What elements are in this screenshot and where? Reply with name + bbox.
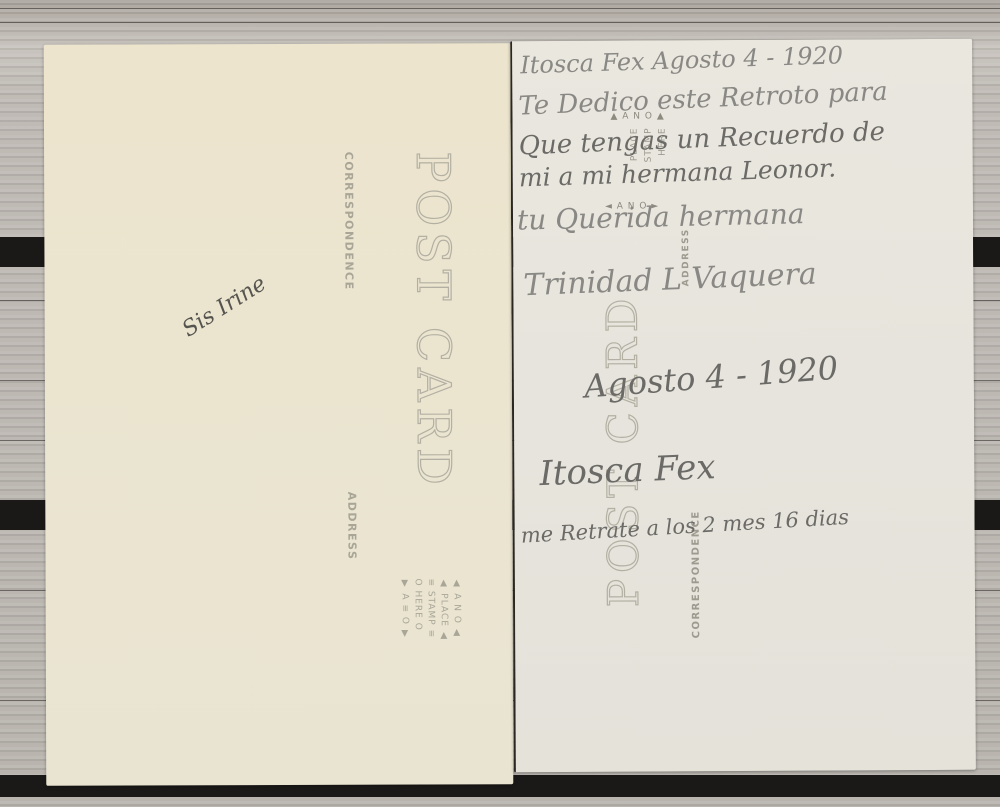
left-postcard-back: POST CARD CORRESPONDENCE ADDRESS ▲ A N O… bbox=[44, 43, 514, 786]
stamp-box-line: ▼ A ≡ O ▼ bbox=[399, 579, 411, 640]
stamp-box-line: ▲ PLACE ▲ bbox=[438, 578, 450, 641]
handwritten-line: Trinidad L Vaquera bbox=[523, 257, 818, 304]
right-postcard-back: POST CARD CORRESPONDENCE ADDRESS ▲ A N O… bbox=[510, 39, 976, 772]
postcard-title: POST CARD bbox=[406, 151, 461, 491]
handwritten-line: me Retrate a los 2 mes 16 dias bbox=[520, 505, 849, 548]
handwritten-line: Te Dedico este Retroto para bbox=[518, 77, 888, 122]
address-label: ADDRESS bbox=[345, 492, 358, 561]
handwritten-line: Itosca Fex bbox=[539, 447, 717, 494]
stamp-box-line: ≡ STAMP ≡ bbox=[425, 578, 437, 638]
stamp-box-line: ▲ A N O ▲ bbox=[451, 578, 463, 638]
correspondence-label: CORRESPONDENCE bbox=[342, 152, 355, 291]
stamp-box-line: O HERE O bbox=[412, 578, 424, 630]
handwritten-note: Sis Irine bbox=[178, 271, 271, 342]
handwritten-line: tu Querida hermana bbox=[517, 197, 805, 237]
stamp-box: ▲ A N O ▲ ▲ PLACE ▲ ≡ STAMP ≡ O HERE O ▼… bbox=[396, 578, 466, 688]
handwritten-line: Itosca Fex Agosto 4 - 1920 bbox=[520, 41, 844, 79]
